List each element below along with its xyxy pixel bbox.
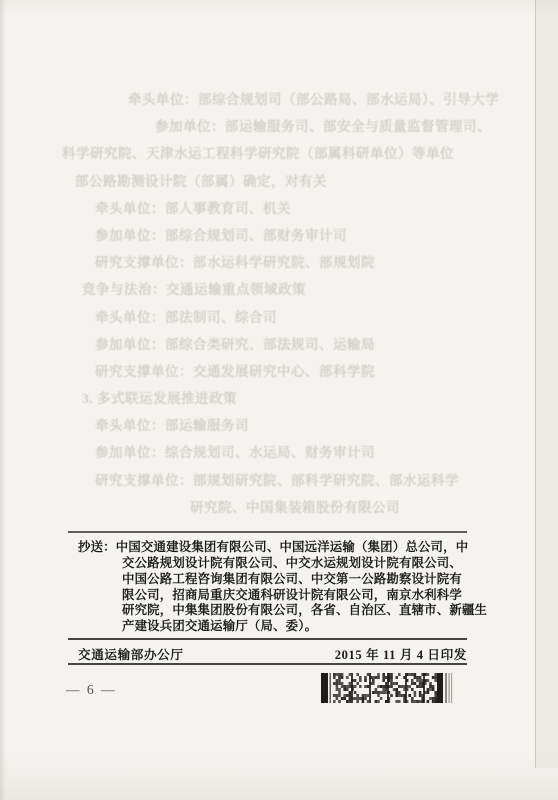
print-date: 2015 年 11 月 4 日印发 [335,644,467,663]
scan-crease-line [535,0,536,768]
divider-middle [68,638,467,640]
bleedthrough-line: 研究支撑单位：部水运科学研究院、部规划院 [0,249,558,276]
bleedthrough-line: 牵头单位：部运输服务司 [0,412,558,439]
bleedthrough-line: 参加单位：部综合规划司、部财务审计司 [0,222,558,249]
bleedthrough-line: 研究院、中国集装箱股份有限公司 [0,494,558,521]
bleedthrough-line: 牵头单位：部人事教育司、机关 [0,195,558,222]
cc-line: 产建设兵团交通运输厅（局、委）。 [78,619,478,635]
scan-shadow-bottom [0,754,558,800]
bleedthrough-line: 牵头单位：部综合规划司（部公路局、部水运局）、引导大学 [0,86,558,113]
bleedthrough-line: 参加单位：综合规划司、水运局、财务审计司 [0,439,558,466]
scan-shadow-top [0,0,558,14]
bleedthrough-line: 科学研究院、天津水运工程科学研究院（部属科研单位）等单位 [0,140,558,167]
bleedthrough-line: 研究支撑单位：部规划研究院、部科学研究院、部水运科学 [0,467,558,494]
bleedthrough-line: 研究支撑单位：交通发展研究中心、部科学院 [0,358,558,385]
cc-line: 中国公路工程咨询集团有限公司、中交第一公路勘察设计院有 [78,572,478,588]
bleedthrough-line: 参加单位：部运输服务司、部安全与质量监督管理司、 [0,113,558,140]
barcode-svg [321,673,454,703]
cc-line: 限公司，招商局重庆交通科研设计院有限公司，南京水利科学 [78,588,478,604]
cc-line: 研究院，中集集团股份有限公司，各省、自治区、直辖市、新疆生 [78,603,478,619]
document-page: 牵头单位：部综合规划司（部公路局、部水运局）、引导大学参加单位：部运输服务司、部… [0,0,558,800]
scan-crease-shade [536,0,558,768]
bleedthrough-text: 牵头单位：部综合规划司（部公路局、部水运局）、引导大学参加单位：部运输服务司、部… [0,86,558,521]
cc-line: 抄送：中国交通建设集团有限公司、中国远洋运输（集团）总公司，中 [78,540,478,556]
cc-block: 抄送：中国交通建设集团有限公司、中国远洋运输（集团）总公司，中交公路规划设计院有… [78,540,478,635]
bleedthrough-line: 竞争与法治：交通运输重点领域政策 [0,276,558,303]
cc-line: 交公路规划设计院有限公司、中交水运规划设计院有限公司、 [78,556,478,572]
bleedthrough-line: 3. 多式联运发展推进政策 [0,385,558,412]
bleedthrough-line: 参加单位：部综合类研究、部法规司、运输局 [0,331,558,358]
issuing-office: 交通运输部办公厅 [78,644,184,663]
barcode [321,673,454,703]
divider-bottom [68,663,467,665]
divider-top [68,531,467,533]
bleedthrough-line: 部公路勘测设计院（部属）确定，对有关 [0,168,558,195]
footer-row: 交通运输部办公厅 2015 年 11 月 4 日印发 [78,644,467,663]
bleedthrough-line: 牵头单位：部法制司、综合司 [0,304,558,331]
page-number: — 6 — [66,682,117,698]
